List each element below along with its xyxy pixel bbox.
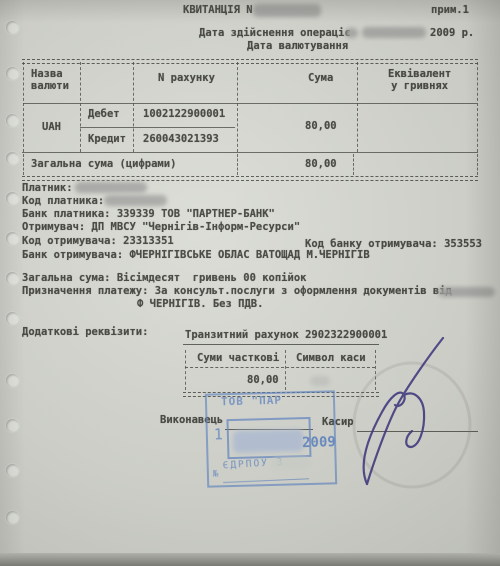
hole-punch (6, 152, 19, 165)
bank-stamp: ТОВ "ПАР 1 2009 ЄДРПОУ 3 № (205, 390, 337, 487)
cell-currency: UAH (42, 121, 61, 133)
table-row-separator (22, 152, 478, 153)
recipient-code-line: Код отримувача: 23313351 (22, 235, 174, 247)
operation-date-redacted-2 (362, 27, 426, 38)
receipt-number-redacted (253, 4, 321, 17)
mini-vline (375, 350, 376, 390)
stamp-inner-mark: 1 (214, 425, 223, 443)
cash-symbol-header: Символ каси (296, 352, 366, 364)
hole-punch (6, 114, 19, 127)
table-top-line (22, 59, 478, 64)
credit-account: 260043021393 (143, 133, 219, 145)
hole-punch (6, 312, 19, 325)
debit-label: Дебет (88, 108, 120, 120)
total-in-words-line: Загальна сума: Вісімдесят гривень 00 коп… (22, 272, 306, 284)
operation-year: 2009 р. (430, 27, 474, 39)
total-label: Загальна сума (цифрами) (31, 158, 176, 170)
table-vline (80, 62, 81, 152)
header-account: N рахунку (158, 72, 215, 84)
table-vline (237, 62, 238, 152)
header-currency: Назва валюти (31, 68, 69, 92)
stamp-number-label: № (213, 469, 219, 479)
copy-note: прим.1 (431, 4, 469, 16)
header-equivalent: Еквівалент у гривнях (388, 68, 451, 92)
table-vline (353, 154, 354, 175)
hole-punch (6, 67, 19, 80)
table-header-separator (23, 103, 477, 104)
purpose-redacted (438, 287, 495, 297)
hole-punch (6, 272, 19, 285)
hole-punch (6, 21, 19, 34)
header-amount: Сума (308, 72, 333, 84)
table-bottom-line (22, 176, 478, 181)
value-date-label: Дата валютування (247, 40, 348, 52)
hole-punch (6, 374, 19, 387)
paper-bottom-edge (0, 553, 500, 566)
hole-punch (6, 192, 19, 205)
recipient-bank-line: Банк отримувача: ФЧЕРНІГІВСЬКЕ ОБЛАС ВАТ… (22, 249, 370, 261)
credit-label: Кредит (88, 133, 126, 145)
table-vline (237, 154, 238, 175)
amount-cell: 80,00 (305, 120, 337, 132)
cashier-signature-line (357, 431, 478, 432)
debit-credit-separator (80, 127, 235, 128)
mini-vline (185, 350, 186, 390)
payment-purpose-line: Призначення платежу: За консульт.послуги… (22, 285, 452, 297)
payer-label: Платник: (22, 182, 73, 194)
hole-punch (6, 232, 19, 245)
mini-vline (285, 350, 286, 390)
transit-underline (183, 344, 379, 345)
operation-date-redacted-1 (345, 28, 358, 38)
debit-account: 1002122900001 (143, 108, 225, 120)
additional-requisites-label: Додаткові реквізити: (22, 326, 148, 338)
receipt-title: КВИТАНЦІЯ N (183, 4, 253, 16)
operation-date-label: Дата здійснення операціє (199, 27, 351, 39)
table-vline (23, 154, 24, 175)
payer-code-label: Код платника: (22, 195, 104, 207)
partial-sums-header: Суми часткові (197, 352, 279, 364)
payer-redacted (75, 182, 147, 193)
scanned-receipt-photo: КВИТАНЦІЯ N прим.1 Дата здійснення опера… (0, 0, 500, 566)
table-vline (357, 62, 358, 152)
mini-header-separator (185, 367, 375, 368)
transit-account-line: Транзитний рахунок 2902322900001 (185, 329, 387, 341)
payment-purpose-line2: Ф ЧЕРНІГІВ. Без ПДВ. (137, 298, 263, 310)
partial-amount-cell: 80,00 (247, 374, 279, 386)
hole-punch (6, 464, 19, 477)
table-vline (133, 62, 134, 152)
table-vline (477, 154, 478, 175)
stamp-year: 2009 (302, 434, 336, 451)
stamp-redacted (233, 429, 304, 453)
payer-code-redacted (104, 195, 167, 206)
table-vline (477, 62, 478, 152)
table-vline (23, 62, 24, 152)
recipient-line: Отримувач: ДП МВСУ "Чернігів-Інформ-Ресу… (22, 221, 300, 233)
pen-ghost-ring (354, 363, 470, 487)
stamp-edrpou-faded (270, 457, 310, 470)
hole-punch (6, 511, 19, 524)
cash-symbol-redacted (310, 376, 330, 386)
payer-bank-line: Банк платника: 339339 ТОВ "ПАРТНЕР-БАНК" (22, 208, 275, 220)
total-amount: 80,00 (305, 158, 337, 170)
hole-punch (6, 419, 19, 432)
stamp-org-name: ТОВ "ПАР (221, 394, 282, 409)
